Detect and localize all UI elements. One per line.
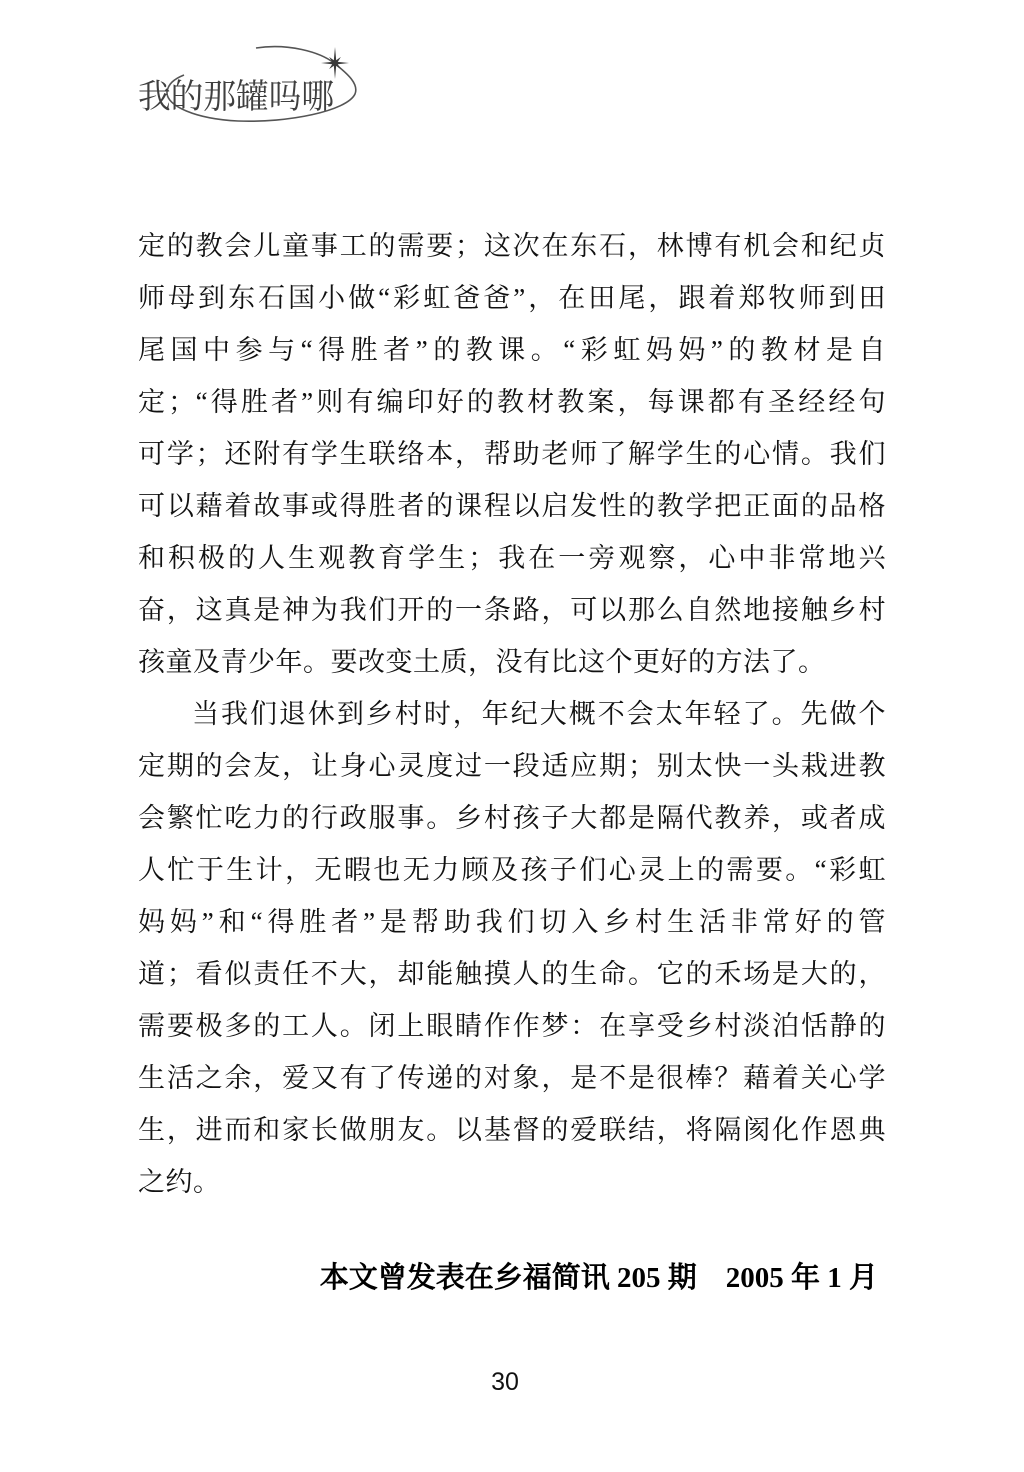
body-line: 师母到东石国小做“彩虹爸爸”，在田尾，跟着郑牧师到田 bbox=[138, 272, 886, 324]
body-line: 和积极的人生观教育学生；我在一旁观察，心中非常地兴 bbox=[138, 532, 886, 584]
page-number: 30 bbox=[0, 1368, 1010, 1397]
body-line: 可学；还附有学生联络本，帮助老师了解学生的心情。我们 bbox=[138, 428, 886, 480]
body-line-paragraph-start: 当我们退休到乡村时，年纪大概不会太年轻了。先做个 bbox=[138, 688, 886, 740]
body-line: 生，进而和家长做朋友。以基督的爱联结，将隔阂化作恩典 bbox=[138, 1104, 886, 1156]
body-line: 妈妈”和“得胜者”是帮助我们切入乡村生活非常好的管 bbox=[138, 896, 886, 948]
body-line: 奋，这真是神为我们开的一条路，可以那么自然地接触乡村 bbox=[138, 584, 886, 636]
header-logo: 我的那罐吗哪 bbox=[128, 36, 388, 136]
logo-title: 我的那罐吗哪 bbox=[138, 78, 334, 116]
body-line: 人忙于生计，无暇也无力顾及孩子们心灵上的需要。“彩虹 bbox=[138, 844, 886, 896]
body-line-paragraph-end: 之约。 bbox=[138, 1156, 886, 1208]
body-line: 可以藉着故事或得胜者的课程以启发性的教学把正面的品格 bbox=[138, 480, 886, 532]
body-line: 定期的会友，让身心灵度过一段适应期；别太快一头栽进教 bbox=[138, 740, 886, 792]
body-line: 道；看似责任不大，却能触摸人的生命。它的禾场是大的， bbox=[138, 948, 886, 1000]
body-line: 定的教会儿童事工的需要；这次在东石，林博有机会和纪贞 bbox=[138, 220, 886, 272]
body-text: 定的教会儿童事工的需要；这次在东石，林博有机会和纪贞 师母到东石国小做“彩虹爸爸… bbox=[138, 220, 886, 1208]
body-line: 会繁忙吃力的行政服事。乡村孩子大都是隔代教养，或者成 bbox=[138, 792, 886, 844]
body-line: 定；“得胜者”则有编印好的教材教案，每课都有圣经经句 bbox=[138, 376, 886, 428]
sparkle-star-icon bbox=[321, 47, 349, 79]
body-line: 需要极多的工人。闭上眼睛作作梦：在享受乡村淡泊恬静的 bbox=[138, 1000, 886, 1052]
attribution-line: 本文曾发表在乡福简讯 205 期 2005 年 1 月 bbox=[138, 1258, 878, 1298]
book-page: 我的那罐吗哪 定的教会儿童事工的需要；这次在东石，林博有机会和纪贞 师母到东石国… bbox=[0, 0, 1024, 1472]
body-line: 尾国中参与“得胜者”的教课。“彩虹妈妈”的教材是自 bbox=[138, 324, 886, 376]
body-line: 生活之余，爱又有了传递的对象，是不是很棒？藉着关心学 bbox=[138, 1052, 886, 1104]
body-line-paragraph-end: 孩童及青少年。要改变土质，没有比这个更好的方法了。 bbox=[138, 636, 886, 688]
